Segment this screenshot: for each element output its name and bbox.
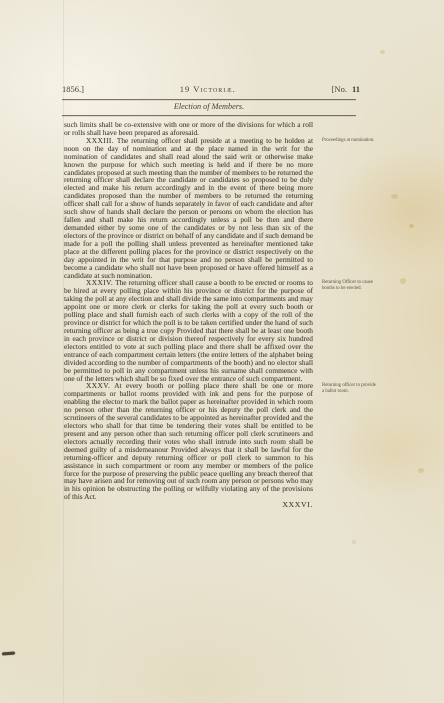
- header-number-group: [No. 11: [332, 84, 360, 94]
- header-year: 1856.]: [62, 84, 84, 94]
- catchword: XXXVI.: [64, 501, 313, 509]
- running-head: Election of Members.: [62, 102, 356, 111]
- header-rule-bottom: [62, 115, 356, 116]
- foxing-stain: [380, 50, 385, 54]
- foxing-stain: [391, 194, 398, 199]
- section-xxxv: XXXV. At every booth or polling place th…: [64, 382, 313, 501]
- section-text: The returning officer shall cause a boot…: [64, 278, 313, 382]
- document-body-text: such limits shall be co-extensive with o…: [64, 121, 313, 509]
- header-page-number: 11: [352, 84, 360, 94]
- ink-speck: [2, 652, 15, 656]
- margin-note-proceedings-at-nomination: Proceedings at nomination.: [322, 138, 378, 143]
- section-text: At every booth or polling place there sh…: [64, 381, 313, 501]
- foxing-stain: [418, 468, 424, 473]
- margin-note-booths-erected: Returning Officer to cause booths to be …: [322, 280, 378, 291]
- foxing-stain: [409, 224, 414, 228]
- paragraph-continuation: such limits shall be co-extensive with o…: [64, 121, 313, 137]
- page-header: 1856.] 19 Victoriæ. [No. 11: [62, 84, 360, 94]
- section-xxxiii: XXXIII. The returning officer shall pres…: [64, 137, 313, 280]
- header-rule-top: [62, 99, 356, 100]
- foxing-stain: [400, 278, 406, 284]
- foxing-stain: [352, 540, 356, 544]
- page-scan: 1856.] 19 Victoriæ. [No. 11 Election of …: [0, 0, 444, 703]
- header-title: 19 Victoriæ.: [180, 84, 236, 94]
- header-act-number: [No.: [332, 84, 347, 94]
- section-xxxiv: XXXIV. The returning officer shall cause…: [64, 279, 313, 382]
- section-text: The returning officer shall preside at a…: [64, 136, 313, 280]
- margin-note-ballot-room: Returning officer to provide a ballot ro…: [322, 383, 378, 394]
